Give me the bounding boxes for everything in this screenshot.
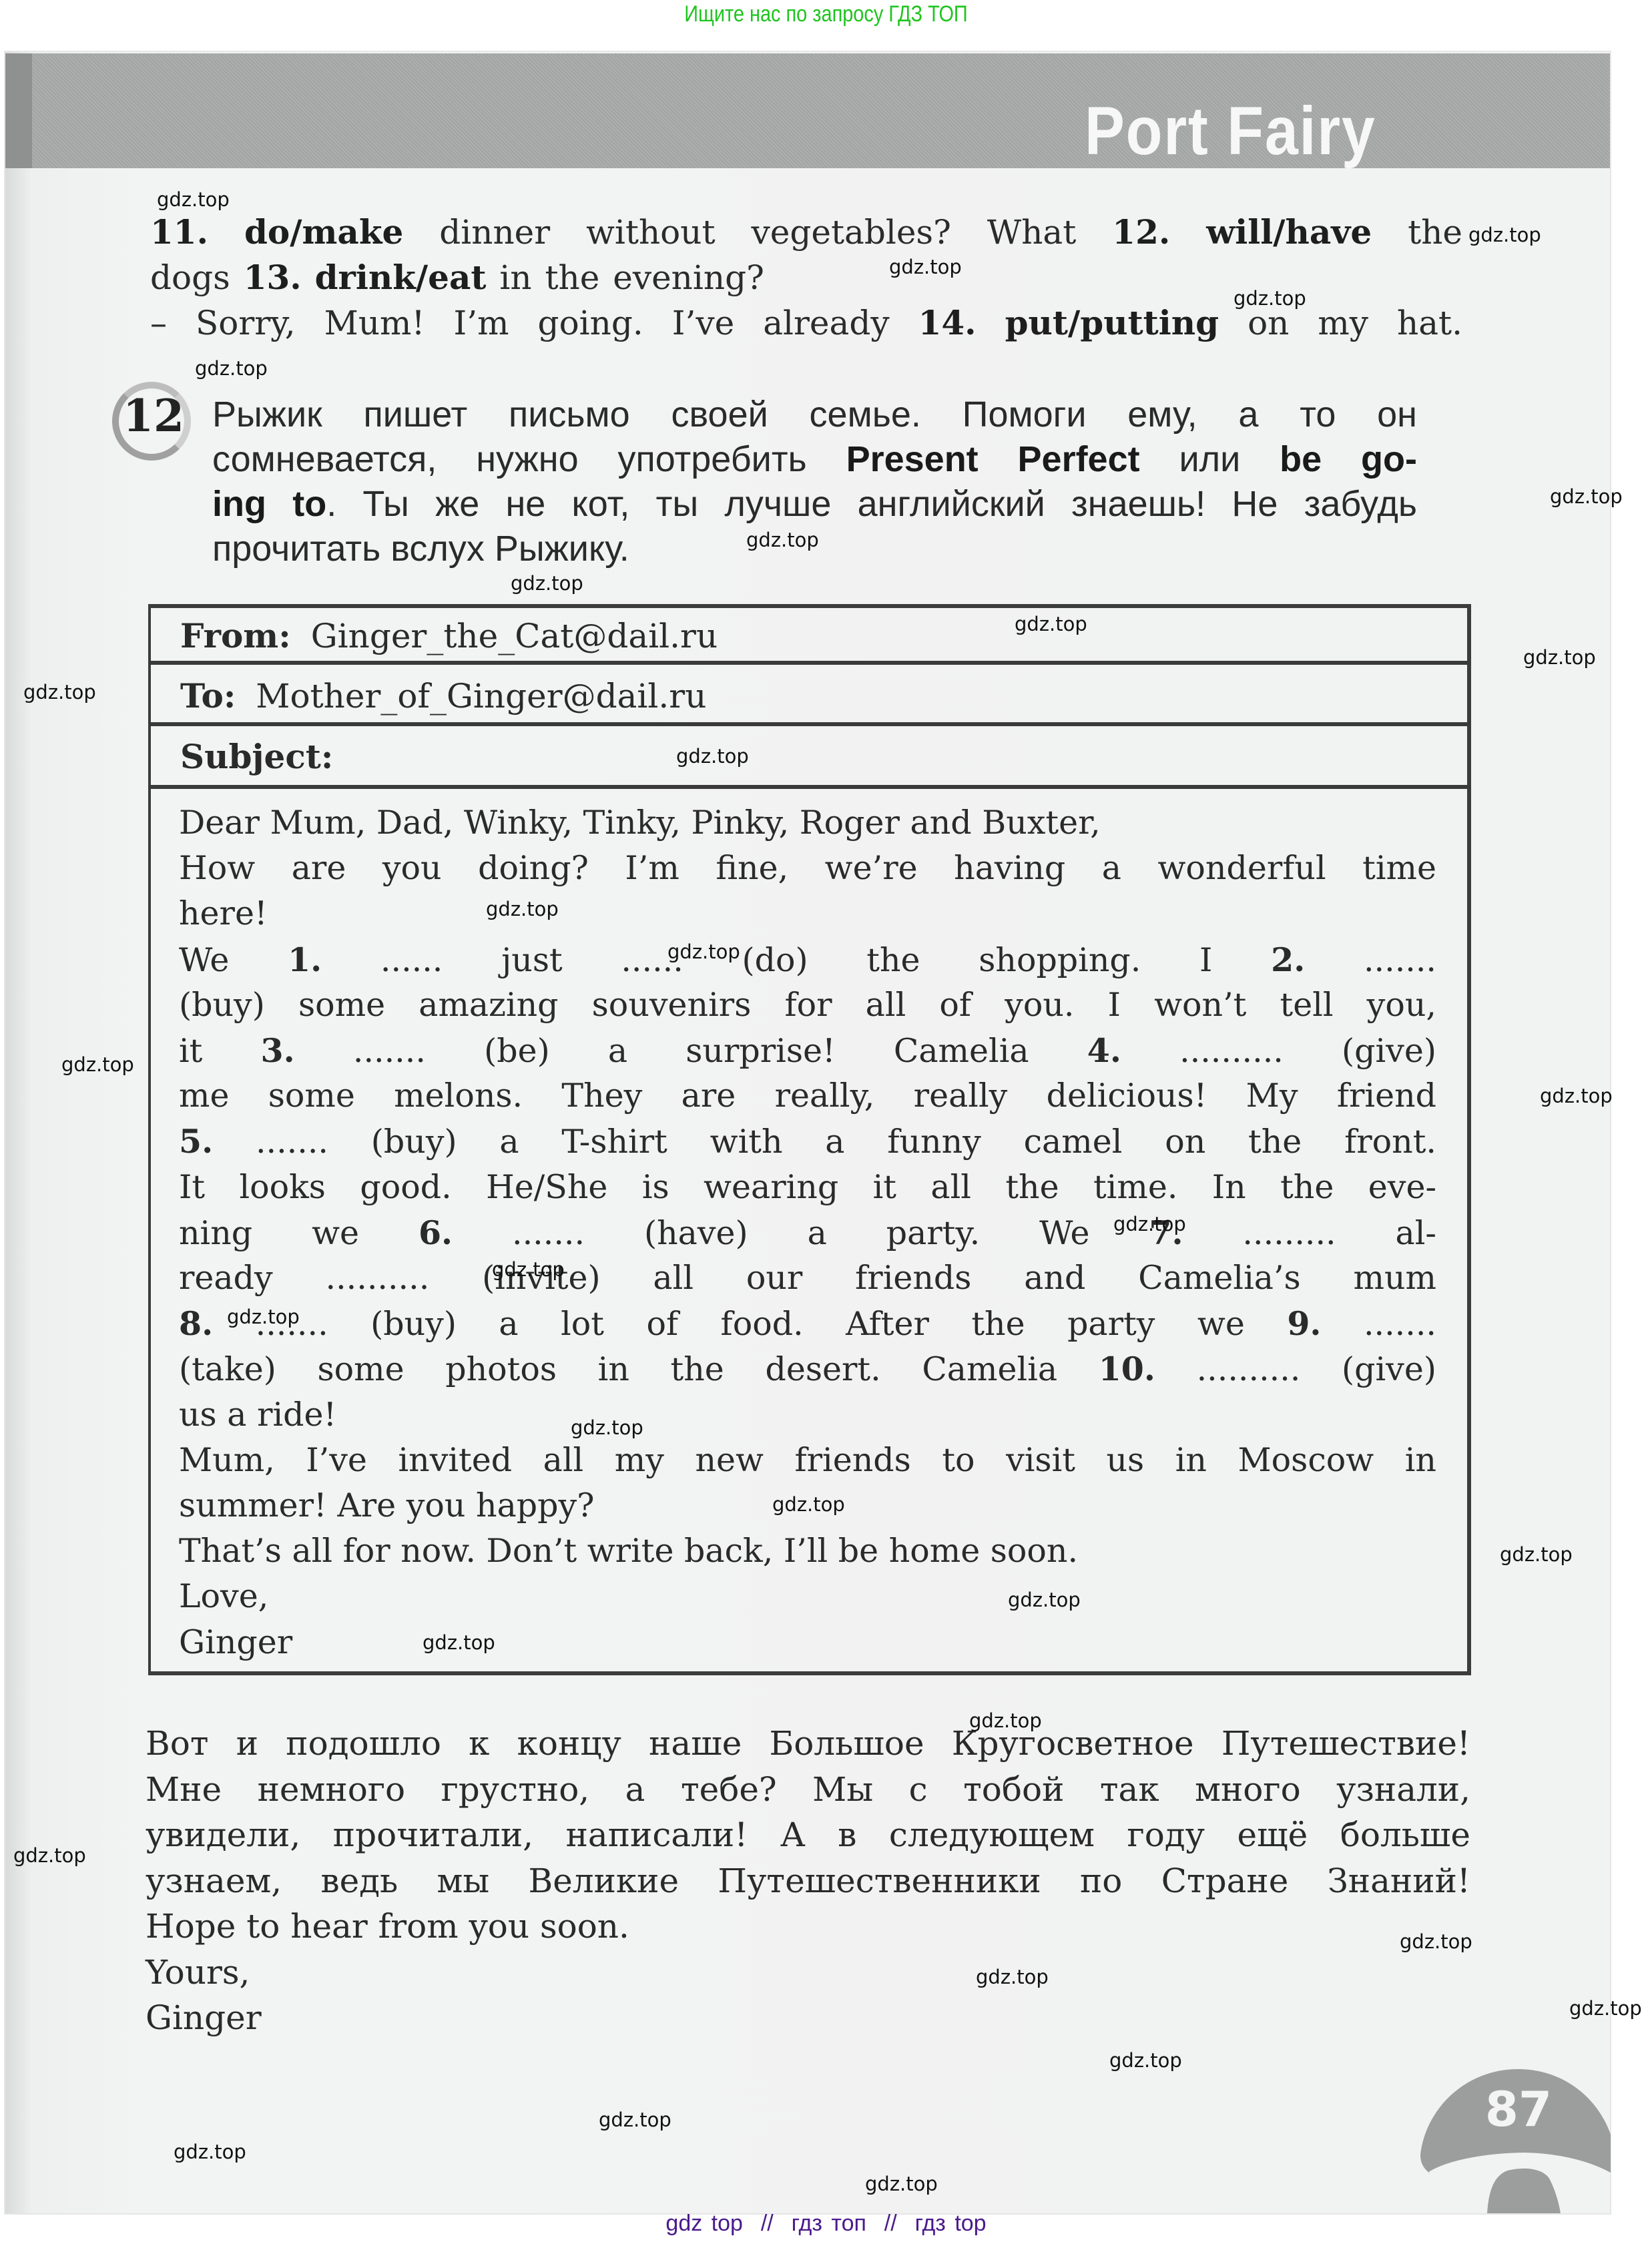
email-body-line: That’s all for now. Don’t write back, I’… (179, 1532, 1436, 1570)
watermark: gdz.top (969, 1709, 1042, 1732)
closing-line: Мне немного грустно, а тебе? Мы с тобой … (146, 1770, 1470, 1809)
watermark: gdz.top (195, 357, 268, 380)
page-number: 87 (1478, 2081, 1559, 2137)
section-title: Port Fairy (1085, 92, 1376, 170)
subject-label: Subject: (180, 737, 333, 776)
watermark: gdz.top (667, 940, 740, 963)
closing-line: Hope to hear from you soon. (146, 1907, 1470, 1946)
item-number: 13. (244, 258, 302, 297)
watermark: gdz.top (1500, 1543, 1573, 1566)
choice-option: put/putting (1005, 303, 1219, 342)
email-body-line: ning we 6. ....... (have) a party. We 7.… (179, 1213, 1436, 1252)
instruction-line: Рыжик пишет письмо своей семье. Помоги е… (212, 394, 1417, 435)
divider (148, 661, 1471, 665)
closing-line: увидели, прочитали, написали! А в следую… (146, 1815, 1470, 1854)
watermark: gdz.top (1569, 1997, 1642, 2020)
choice-option: do/make (244, 212, 403, 252)
watermark: gdz.top (23, 681, 96, 704)
closing-line: узнаем, ведь мы Великие Путешественники … (146, 1862, 1470, 1900)
watermark: gdz.top (1015, 613, 1087, 635)
text: dinner without vegetables? What (439, 213, 1076, 252)
watermark: gdz.top (976, 1966, 1049, 1988)
email-to-row: To:Mother_of_Ginger@dail.ru (180, 676, 706, 716)
search-banner: Ищите нас по запросу ГДЗ ТОП (124, 1, 1529, 27)
item-number: 12. (1112, 212, 1170, 252)
from-value: Ginger_the_Cat@dail.ru (311, 617, 718, 655)
watermark: gdz.top (227, 1306, 300, 1328)
divider (148, 722, 1471, 726)
divider (148, 785, 1471, 789)
watermark: gdz.top (599, 2108, 671, 2131)
email-body-line: (buy) some amazing souvenirs for all of … (179, 986, 1436, 1024)
footer-links: gdz top // гдз топ // гдз top (0, 2211, 1652, 2237)
email-subject-row: Subject: (180, 737, 353, 776)
item-number: 11. (150, 212, 208, 252)
text: – Sorry, Mum! I’m going. I’ve already (150, 304, 890, 342)
text: in the evening? (499, 258, 764, 297)
email-body-line: me some melons. They are really, really … (179, 1077, 1436, 1115)
closing-line: Вот и подошло к концу наше Большое Круго… (146, 1724, 1470, 1763)
watermark: gdz.top (571, 1416, 643, 1439)
watermark: gdz.top (511, 572, 583, 595)
email-body-line: Ginger (179, 1623, 1436, 1661)
watermark: gdz.top (889, 256, 962, 278)
watermark: gdz.top (676, 745, 749, 768)
email-body-line: here! (179, 894, 1436, 932)
choice-option: drink/eat (315, 258, 487, 297)
watermark: gdz.top (1113, 1213, 1186, 1235)
watermark: gdz.top (13, 1844, 86, 1867)
from-label: From: (180, 616, 291, 655)
watermark: gdz.top (1523, 646, 1596, 669)
watermark: gdz.top (423, 1631, 495, 1654)
text: dogs (150, 258, 230, 297)
email-body-line: it 3. ....... (be) a surprise! Camelia 4… (179, 1031, 1436, 1070)
email-body-line: We 1. ...... just ...... (do) the shoppi… (179, 940, 1436, 979)
watermark: gdz.top (1468, 224, 1541, 246)
email-from-row: From:Ginger_the_Cat@dail.ru (180, 616, 718, 655)
watermark: gdz.top (1400, 1930, 1472, 1953)
to-label: To: (180, 676, 236, 716)
email-body-line: us a ride! (179, 1396, 1436, 1434)
watermark: gdz.top (1540, 1085, 1613, 1107)
watermark: gdz.top (772, 1493, 845, 1516)
watermark: gdz.top (157, 188, 230, 211)
to-value: Mother_of_Ginger@dail.ru (256, 677, 706, 716)
email-body-line: (take) some photos in the desert. Cameli… (179, 1350, 1436, 1388)
watermark: gdz.top (746, 529, 819, 551)
watermark: gdz.top (1233, 287, 1306, 310)
watermark: gdz.top (61, 1053, 134, 1076)
exercise11-line-1: 11. do/make dinner without vegetables? W… (150, 212, 1462, 252)
watermark: gdz.top (174, 2141, 246, 2163)
watermark: gdz.top (1109, 2049, 1182, 2072)
choice-option: will/have (1206, 212, 1372, 252)
watermark: gdz.top (1550, 485, 1623, 508)
instruction-line: сомневается, нужно употребить Present Pe… (212, 439, 1417, 480)
email-body-line: ready .......... (invite) all our friend… (179, 1259, 1436, 1297)
header-left-strip (5, 53, 32, 168)
email-body-line: Mum, I’ve invited all my new friends to … (179, 1441, 1436, 1479)
watermark: gdz.top (492, 1258, 565, 1281)
email-body-line: How are you doing? I’m fine, we’re havin… (179, 849, 1436, 887)
closing-line: Ginger (146, 1998, 1470, 2037)
watermark: gdz.top (1008, 1589, 1081, 1611)
text: the (1408, 213, 1462, 252)
item-number: 14. (918, 303, 977, 342)
email-body-line: Love, (179, 1577, 1436, 1615)
watermark: gdz.top (486, 898, 559, 920)
instruction-line: ing to. Ты же не кот, ты лучше английски… (212, 483, 1417, 525)
exercise11-line-2: dogs 13. drink/eat in the evening? (150, 258, 764, 297)
watermark: gdz.top (865, 2173, 938, 2195)
email-body-line: 5. ....... (buy) a T-shirt with a funny … (179, 1122, 1436, 1161)
closing-line: Yours, (146, 1953, 1470, 1992)
exercise-number: 12 (121, 390, 186, 442)
email-body-line: It looks good. He/She is wearing it all … (179, 1168, 1436, 1206)
email-body-line: Dear Mum, Dad, Winky, Tinky, Pinky, Roge… (179, 804, 1436, 842)
email-body-line: 8. ....... (buy) a lot of food. After th… (179, 1304, 1436, 1343)
